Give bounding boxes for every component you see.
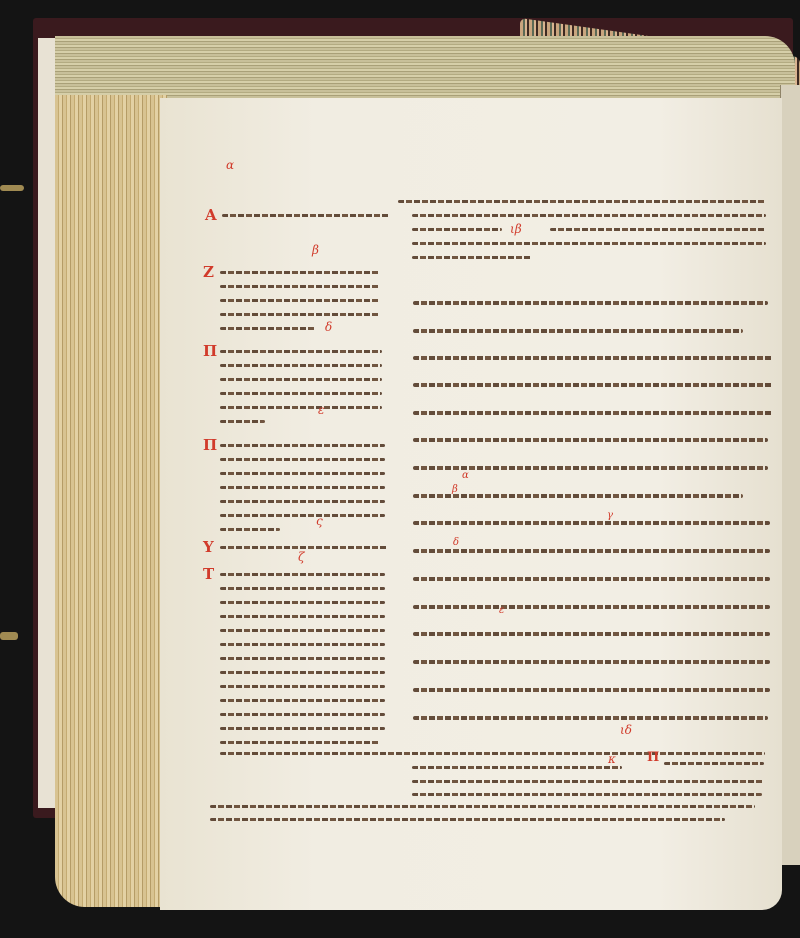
text-line (220, 657, 385, 660)
rubric-initial: Α (205, 206, 217, 224)
main-text-line (413, 577, 770, 581)
clasp-pin (0, 185, 24, 191)
text-line (550, 228, 766, 231)
text-line (220, 546, 388, 549)
text-line (220, 364, 382, 367)
main-text-line (413, 411, 773, 415)
text-line (220, 514, 385, 517)
text-line (220, 444, 385, 447)
text-line (220, 713, 385, 716)
interlinear-mark: δ (453, 537, 459, 548)
text-line (220, 378, 382, 381)
text-line (220, 615, 385, 618)
interlinear-mark: ε (499, 605, 504, 616)
text-line (664, 762, 764, 765)
rubric-initial: Π (203, 342, 217, 360)
main-text-line (413, 356, 773, 360)
main-text-line (413, 688, 770, 692)
text-line (220, 420, 265, 423)
text-line (220, 458, 385, 461)
text-line (220, 486, 385, 489)
text-line (220, 573, 385, 576)
text-line (220, 685, 385, 688)
text-line (220, 699, 385, 702)
text-line (412, 256, 532, 259)
text-line (398, 200, 766, 203)
text-line (220, 313, 380, 316)
section-mark: δ (325, 320, 332, 334)
text-line (412, 766, 622, 769)
main-text-line (413, 716, 768, 720)
page-edges-top (55, 36, 795, 100)
text-line (220, 601, 385, 604)
text-line (220, 643, 385, 646)
section-mark: β (312, 243, 319, 257)
text-line (210, 805, 755, 808)
text-line (220, 327, 315, 330)
text-line (220, 752, 765, 755)
section-mark: ε (318, 403, 324, 417)
rubric-initial: Π (203, 436, 217, 454)
main-text-line (413, 632, 770, 636)
scholion-marker: Π (647, 750, 659, 765)
text-line (210, 818, 725, 821)
text-line (220, 528, 280, 531)
section-mark: ς (316, 514, 323, 528)
main-text-line (413, 660, 770, 664)
text-line (220, 271, 380, 274)
text-line (220, 629, 385, 632)
text-line (220, 587, 385, 590)
text-line (220, 406, 382, 409)
text-line (220, 472, 385, 475)
scholion-marker: κ (608, 752, 616, 766)
text-line (220, 299, 380, 302)
text-line (220, 500, 385, 503)
section-mark: ζ (298, 550, 305, 564)
section-mark: ιδ (620, 723, 632, 737)
main-text-line (413, 549, 770, 553)
text-line (412, 780, 764, 783)
main-text-line (413, 383, 773, 387)
text-line (220, 392, 382, 395)
interlinear-mark: β (452, 484, 458, 495)
text-line (220, 741, 380, 744)
section-mark: α (226, 158, 234, 172)
text-line (220, 350, 382, 353)
main-text-line (413, 301, 768, 305)
page-edges-side (55, 95, 167, 907)
main-text-line (413, 329, 743, 333)
clasp-pin (0, 632, 18, 640)
text-line (412, 793, 762, 796)
interlinear-mark: α (462, 470, 469, 481)
main-text-line (413, 521, 770, 525)
text-line (412, 214, 766, 217)
rubric-initial: Τ (203, 565, 214, 583)
rubric-initial: Υ (203, 538, 214, 556)
facing-page-edge (780, 85, 800, 865)
main-text-line (413, 605, 770, 609)
text-line (412, 242, 766, 245)
text-line (220, 671, 385, 674)
interlinear-mark: γ (607, 510, 613, 521)
main-text-line (413, 494, 743, 498)
main-text-line (413, 438, 768, 442)
rubric-initial: Ζ (203, 263, 214, 281)
text-line (222, 214, 390, 217)
text-line (220, 285, 380, 288)
text-line (412, 228, 502, 231)
lemma-label: ιβ (510, 222, 522, 236)
manuscript-page (160, 98, 782, 910)
text-line (220, 727, 385, 730)
